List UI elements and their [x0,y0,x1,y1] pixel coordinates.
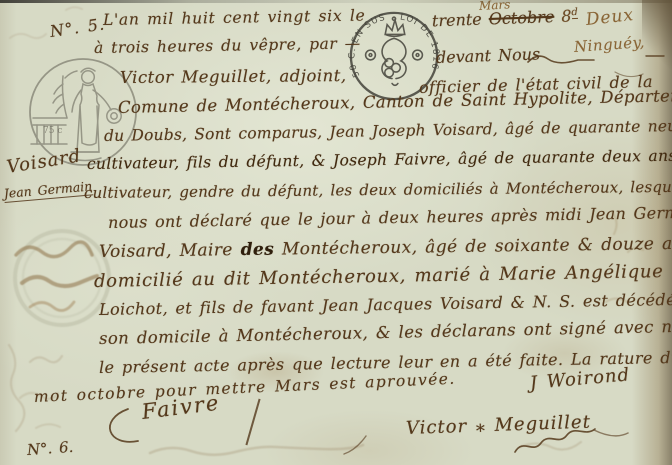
ink-flourishes [0,0,672,465]
registry-page: 75 c 50 C. EN SUS LOI DE 1816 N°. 5. [0,0,672,465]
faivre-swash [110,409,138,442]
page-top-edge [0,0,672,3]
officer-signature-flourish [515,429,595,452]
flourish-after-devant-nous [528,56,594,63]
page-corner-shadow [642,0,672,70]
